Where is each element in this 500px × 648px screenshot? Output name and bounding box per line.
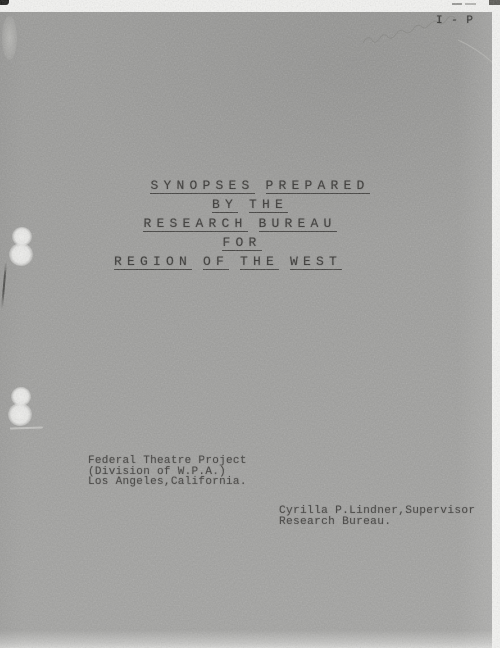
title-word: PREPARED: [266, 178, 370, 194]
corner-mark-top-right: [489, 0, 500, 5]
title-word: WEST: [290, 254, 342, 270]
scanned-document-page: I - P SYNOPSESPREPAREDBYTHERESEARCHBUREA…: [0, 0, 500, 648]
page-code-label: I - P: [436, 15, 474, 27]
title-line: RESEARCHBUREAU: [143, 216, 336, 232]
corner-mark-top-left: [0, 0, 9, 5]
title-word: BY: [212, 197, 238, 213]
title-word: RESEARCH: [143, 216, 247, 232]
scan-edge-print-mark: [465, 3, 476, 5]
title-line: BYTHE: [212, 197, 288, 213]
paper-smudge: [2, 16, 17, 60]
title-word: SYNOPSES: [150, 178, 254, 194]
punch-hole: [8, 403, 32, 426]
title-line: FOR: [222, 235, 261, 251]
paper-sheet: [0, 12, 492, 648]
issuer-block: Federal Theatre Project (Division of W.P…: [88, 456, 247, 488]
title-word: BUREAU: [259, 216, 337, 232]
title-word: FOR: [222, 235, 261, 251]
title-line: SYNOPSESPREPARED: [150, 178, 369, 194]
scan-edge-print-mark: [452, 3, 462, 5]
title-word: THE: [240, 254, 279, 270]
title-block: SYNOPSESPREPAREDBYTHERESEARCHBUREAUFORRE…: [0, 178, 492, 273]
title-word: THE: [249, 197, 288, 213]
credit-block: Cyrilla P.Lindner,Supervisor Research Bu…: [279, 506, 475, 527]
title-word: REGION: [114, 254, 192, 270]
title-word: OF: [203, 254, 229, 270]
title-line: REGIONOFTHEWEST: [114, 254, 342, 270]
